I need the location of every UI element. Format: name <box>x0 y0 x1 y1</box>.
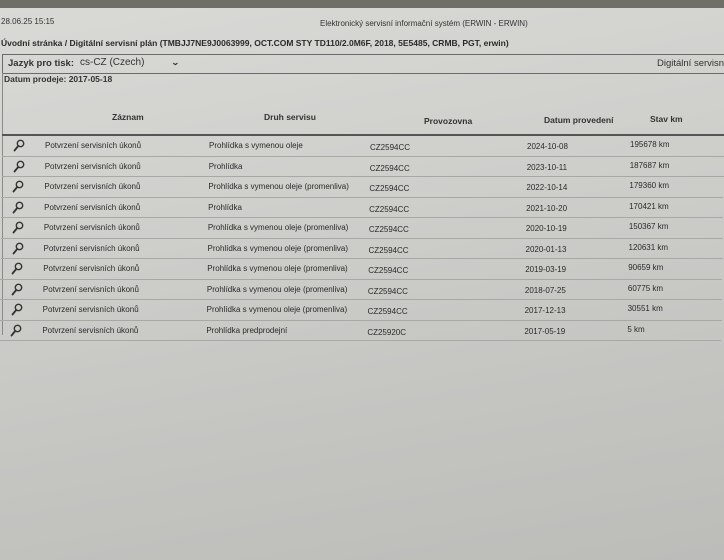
workshop-cell: CZ2594CC <box>370 164 410 173</box>
table-row: Potvrzení servisních úkonů Prohlídka s v… <box>1 218 723 239</box>
record-cell: Potvrzení servisních úkonů <box>45 141 141 150</box>
table-row: Potvrzení servisních úkonů Prohlídka CZ2… <box>2 157 724 178</box>
record-cell: Potvrzení servisních úkonů <box>44 203 140 212</box>
date-cell: 2019-03-19 <box>525 265 566 274</box>
table-body: Potvrzení servisních úkonů Prohlídka s v… <box>2 136 724 341</box>
km-cell: 30551 km <box>628 304 663 313</box>
date-cell: 2018-07-25 <box>525 286 566 295</box>
table-row: Potvrzení servisních úkonů Prohlídka CZ2… <box>1 198 723 219</box>
table-row: Potvrzení servisních úkonů Prohlídka s v… <box>0 280 722 301</box>
column-header-km: Stav km <box>650 114 683 124</box>
service-type-cell: Prohlídka s vymenou oleje (promenliva) <box>207 264 348 273</box>
workshop-cell: CZ2594CC <box>369 184 409 193</box>
chevron-down-icon: ⌄ <box>171 58 180 67</box>
date-cell: 2020-10-19 <box>526 224 567 233</box>
workshop-cell: CZ2594CC <box>369 246 409 255</box>
record-cell: Potvrzení servisních úkonů <box>43 285 139 294</box>
service-type-cell: Prohlídka <box>208 203 242 212</box>
date-cell: 2023-10-11 <box>527 163 567 172</box>
system-title: Elektronický servisní informační systém … <box>320 19 528 28</box>
magnifier-icon[interactable] <box>10 324 22 337</box>
km-cell: 150367 km <box>629 222 669 231</box>
record-cell: Potvrzení servisních úkonů <box>44 182 140 191</box>
magnifier-icon[interactable] <box>11 283 23 296</box>
service-type-cell: Prohlídka s vymenou oleje (promenliva) <box>207 305 348 314</box>
table-row: Potvrzení servisních úkonů Prohlídka s v… <box>1 177 723 198</box>
print-header: 28.06.25 15:15 Elektronický servisní inf… <box>0 16 724 30</box>
date-cell: 2017-12-13 <box>525 306 566 315</box>
column-header-record: Záznam <box>112 112 144 122</box>
print-language-label: Jazyk pro tisk: <box>8 58 74 69</box>
print-page: 28.06.25 15:15 Elektronický servisní inf… <box>0 8 724 560</box>
table-row: Potvrzení servisních úkonů Prohlídka s v… <box>1 239 723 260</box>
date-cell: 2022-10-14 <box>526 183 567 192</box>
service-type-cell: Prohlídka s vymenou oleje (promenliva) <box>207 285 348 294</box>
km-cell: 170421 km <box>629 202 669 211</box>
workshop-cell: CZ2594CC <box>368 287 408 296</box>
service-type-cell: Prohlídka s vymenou oleje (promenliva) <box>208 244 349 253</box>
date-cell: 2020-01-13 <box>526 245 567 254</box>
table-row: Potvrzení servisních úkonů Prohlídka pre… <box>0 321 721 342</box>
print-timestamp: 28.06.25 15:15 <box>1 17 54 26</box>
column-header-date: Datum provedení <box>544 115 613 125</box>
workshop-cell: CZ2594CC <box>369 225 409 234</box>
magnifier-icon[interactable] <box>12 221 24 234</box>
record-cell: Potvrzení servisních úkonů <box>44 244 140 253</box>
service-type-cell: Prohlídka s vymenou oleje (promenliva) <box>208 182 349 191</box>
table-row: Potvrzení servisních úkonů Prohlídka s v… <box>2 136 724 157</box>
column-header-workshop: Provozovna <box>424 116 472 126</box>
workshop-cell: CZ2594CC <box>368 266 408 275</box>
record-cell: Potvrzení servisních úkonů <box>45 162 141 171</box>
service-history-table: Záznam Druh servisu Provozovna Datum pro… <box>2 104 724 341</box>
magnifier-icon[interactable] <box>11 303 23 316</box>
language-bar: Jazyk pro tisk: cs-CZ (Czech) ⌄ Digitáln… <box>2 54 724 74</box>
km-cell: 60775 km <box>628 284 663 293</box>
selected-language: cs-CZ (Czech) <box>80 57 144 68</box>
date-cell: 2021-10-20 <box>526 204 567 213</box>
record-cell: Potvrzení servisních úkonů <box>42 326 138 335</box>
workshop-cell: CZ25920C <box>367 328 406 337</box>
km-cell: 195678 km <box>630 140 670 149</box>
service-type-cell: Prohlídka <box>209 162 243 171</box>
magnifier-icon[interactable] <box>12 242 24 255</box>
magnifier-icon[interactable] <box>11 262 23 275</box>
record-cell: Potvrzení servisních úkonů <box>43 305 139 314</box>
breadcrumb: Úvodní stránka / Digitální servisní plán… <box>1 38 509 48</box>
print-language-select[interactable]: cs-CZ (Czech) ⌄ <box>80 57 179 68</box>
column-header-service-type: Druh servisu <box>264 112 316 122</box>
magnifier-icon[interactable] <box>12 180 24 193</box>
km-cell: 5 km <box>627 325 644 334</box>
service-type-cell: Prohlídka s vymenou oleje <box>209 141 303 150</box>
service-type-cell: Prohlídka predprodejní <box>206 326 287 335</box>
workshop-cell: CZ2594CC <box>368 307 408 316</box>
km-cell: 120631 km <box>629 243 669 252</box>
record-cell: Potvrzení servisních úkonů <box>43 264 139 273</box>
km-cell: 179360 km <box>629 181 669 190</box>
digital-service-plan-label: Digitální servisní p <box>657 58 724 69</box>
sale-date: Datum prodeje: 2017-05-18 <box>4 74 112 84</box>
magnifier-icon[interactable] <box>12 201 24 214</box>
km-cell: 187687 km <box>630 161 670 170</box>
record-cell: Potvrzení servisních úkonů <box>44 223 140 232</box>
date-cell: 2024-10-08 <box>527 142 568 151</box>
table-row: Potvrzení servisních úkonů Prohlídka s v… <box>0 300 722 321</box>
km-cell: 90659 km <box>628 263 663 272</box>
magnifier-icon[interactable] <box>13 160 25 173</box>
date-cell: 2017-05-19 <box>524 327 565 336</box>
table-row: Potvrzení servisních úkonů Prohlídka s v… <box>0 259 722 280</box>
workshop-cell: CZ2594CC <box>370 143 410 152</box>
workshop-cell: CZ2594CC <box>369 205 409 214</box>
table-header: Záznam Druh servisu Provozovna Datum pro… <box>2 104 724 136</box>
service-type-cell: Prohlídka s vymenou oleje (promenliva) <box>208 223 349 232</box>
magnifier-icon[interactable] <box>13 139 25 152</box>
